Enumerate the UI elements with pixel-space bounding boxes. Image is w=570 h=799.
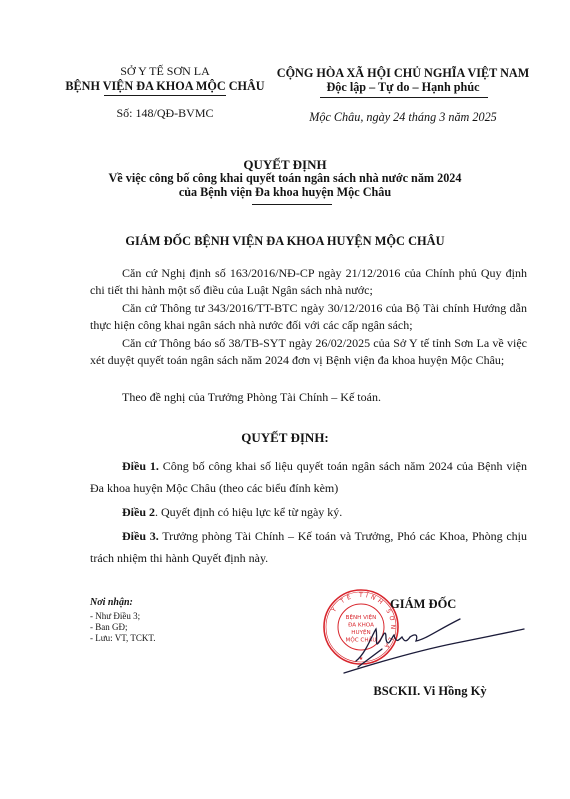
header-right-underline (320, 97, 488, 98)
recipient-item: - Ban GĐ; (90, 622, 128, 632)
document-subject-line-2: của Bệnh viện Đa khoa huyện Mộc Châu (0, 185, 570, 200)
preamble-item: Căn cứ Nghị định số 163/2016/NĐ-CP ngày … (90, 265, 527, 298)
document-subject-line-1: Về việc công bố công khai quyết toán ngâ… (0, 171, 570, 186)
article-text: . Quyết định có hiệu lực kể từ ngày ký. (155, 505, 342, 519)
article-label: Điều 3. (122, 529, 159, 543)
national-motto: Độc lập – Tự do – Hạnh phúc (268, 80, 538, 95)
article-1: Điều 1. Công bố công khai số liệu quyết … (90, 455, 527, 499)
recipient-item: - Lưu: VT, TCKT. (90, 633, 155, 643)
parent-organization: SỞ Y TẾ SƠN LA (60, 64, 270, 79)
title-underline (252, 204, 332, 205)
decision-heading: QUYẾT ĐỊNH: (0, 430, 570, 446)
article-2: Điều 2. Quyết định có hiệu lực kể từ ngà… (90, 501, 527, 523)
preamble-item: Căn cứ Thông tư 343/2016/TT-BTC ngày 30/… (90, 300, 527, 333)
issuing-authority: GIÁM ĐỐC BỆNH VIỆN ĐA KHOA HUYỆN MỘC CHÂ… (0, 234, 570, 249)
recipients-title: Nơi nhận: (90, 597, 133, 608)
recipient-item: - Như Điều 3; (90, 611, 140, 621)
header-left-underline (104, 95, 226, 96)
preamble-item: Căn cứ Thông báo số 38/TB-SYT ngày 26/02… (90, 335, 527, 368)
article-3: Điều 3. Trưởng phòng Tài Chính – Kế toán… (90, 525, 527, 569)
article-label: Điều 1. (122, 459, 159, 473)
signer-name: BSCKII. Vi Hồng Kỳ (340, 684, 520, 699)
article-label: Điều 2 (122, 505, 155, 519)
handwritten-signature-icon (336, 615, 526, 677)
organization-name: BỆNH VIỆN ĐA KHOA MỘC CHÂU (60, 79, 270, 94)
document-number: Số: 148/QĐ-BVMC (60, 106, 270, 121)
preamble-item: Theo đề nghị của Trưởng Phòng Tài Chính … (90, 389, 527, 406)
place-and-date: Mộc Châu, ngày 24 tháng 3 năm 2025 (268, 110, 538, 125)
signer-position: GIÁM ĐỐC (390, 597, 456, 612)
national-title: CỘNG HÒA XÃ HỘI CHỦ NGHĨA VIỆT NAM (268, 66, 538, 81)
